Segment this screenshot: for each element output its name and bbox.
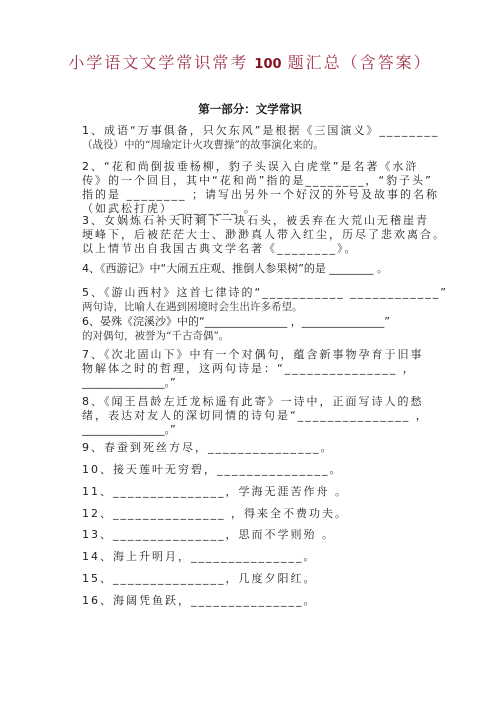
title-number: 100: [254, 57, 281, 72]
question-line: 的对偶句，被誉为“千古奇偶”。: [82, 329, 387, 343]
question-9: 9、春蚕到死丝方尽，_______________。: [82, 441, 387, 455]
question-line: 10、接天莲叶无穷碧，_______________。: [82, 463, 387, 477]
question-line: 两句诗，比喻人在遇到困境时会生出许多希望。: [82, 300, 387, 314]
question-line: 埂峰下，后被茫茫大士、渺渺真人带入红尘，历尽了悲欢离合。: [82, 228, 387, 242]
question-line: 9、春蚕到死丝方尽，_______________。: [82, 441, 387, 455]
question-line: 13、_______________，思而不学则殆 。: [82, 528, 387, 542]
question-line: 14、海上升明月，_______________。: [82, 550, 387, 564]
question-line: （战役）中的“周瑜定计火攻曹操”的故事演化来的。: [82, 138, 387, 152]
question-4: 4、《西游记》中“大闹五庄观、推倒人参果树”的是 ________ 。: [82, 262, 387, 276]
question-line: _______________。”: [82, 376, 387, 390]
title-part-1: 小学语文文学常识常考: [68, 53, 248, 72]
question-line: 以上情节出自我国古典文学名著《________》。: [82, 242, 387, 256]
question-7: 7、《次北固山下》中有一个对偶句，蕴含新事物孕育于旧事 物解体之时的哲理，这两句…: [82, 348, 387, 390]
question-line: 传》的一个回目，其中“花和尚”指的是________，“豹子头”: [82, 174, 387, 188]
question-3: 3、女娲炼石补天时剩下一块石头，被丢弃在大荒山无稽崖青 埂峰下，后被茫茫大士、渺…: [82, 214, 387, 256]
question-12: 12、_______________ ，得来全不费功夫。: [82, 507, 387, 521]
question-1: 1、成语“万事俱备，只欠东风”是根据《三国演义》________ （战役）中的“…: [82, 124, 387, 152]
question-line: 5、《游山西村》这首七律诗的“___________ ____________”: [82, 286, 387, 300]
question-line: 4、《西游记》中“大闹五庄观、推倒人参果树”的是 ________ 。: [82, 262, 387, 276]
document-page: 小学语文文学常识常考100题汇总（含答案） 第一部分：文学常识 1、成语“万事俱…: [0, 0, 500, 707]
question-line: 7、《次北固山下》中有一个对偶句，蕴含新事物孕育于旧事: [82, 348, 387, 362]
question-14: 14、海上升明月，_______________。: [82, 550, 387, 564]
question-line: 指的是 ________ ；请写出另外一个好汉的外号及故事的名称: [82, 188, 387, 202]
question-line: 16、海阔凭鱼跃，_______________。: [82, 594, 387, 608]
question-5: 5、《游山西村》这首七律诗的“___________ ____________”…: [82, 286, 387, 314]
document-title: 小学语文文学常识常考100题汇总（含答案）: [0, 50, 500, 73]
question-line: 8、《闻王昌龄左迁龙标遥有此寄》一诗中，正面写诗人的愁: [82, 395, 387, 409]
question-8: 8、《闻王昌龄左迁龙标遥有此寄》一诗中，正面写诗人的愁 绪，表达对友人的深切同情…: [82, 395, 387, 437]
title-part-2: 题汇总（含答案）: [288, 53, 432, 72]
question-10: 10、接天莲叶无穷碧，_______________。: [82, 463, 387, 477]
question-line: 15、_______________，几度夕阳红。: [82, 572, 387, 586]
question-line: 2、“花和尚倒拔垂杨柳，豹子头误入白虎堂”是名著《水浒: [82, 160, 387, 174]
question-line: 11、_______________，学海无涯苦作舟 。: [82, 485, 387, 499]
question-line: _______________。”: [82, 423, 387, 437]
question-6: 6、晏殊《浣溪沙》中的“_______________ ，___________…: [82, 315, 387, 343]
question-line: 1、成语“万事俱备，只欠东风”是根据《三国演义》________: [82, 124, 387, 138]
question-13: 13、_______________，思而不学则殆 。: [82, 528, 387, 542]
question-line: 12、_______________ ，得来全不费功夫。: [82, 507, 387, 521]
question-line: 绪，表达对友人的深切同情的诗句是“_______________ ，: [82, 409, 387, 423]
question-16: 16、海阔凭鱼跃，_______________。: [82, 594, 387, 608]
question-line: 物解体之时的哲理，这两句诗是：“_______________ ，: [82, 362, 387, 376]
question-15: 15、_______________，几度夕阳红。: [82, 572, 387, 586]
question-11: 11、_______________，学海无涯苦作舟 。: [82, 485, 387, 499]
question-line: 3、女娲炼石补天时剩下一块石头，被丢弃在大荒山无稽崖青: [82, 214, 387, 228]
section-title: 第一部分：文学常识: [0, 101, 500, 117]
question-line: 6、晏殊《浣溪沙》中的“_______________ ，___________…: [82, 315, 387, 329]
question-2: 2、“花和尚倒拔垂杨柳，豹子头误入白虎堂”是名著《水浒 传》的一个回目，其中“花…: [82, 160, 387, 216]
